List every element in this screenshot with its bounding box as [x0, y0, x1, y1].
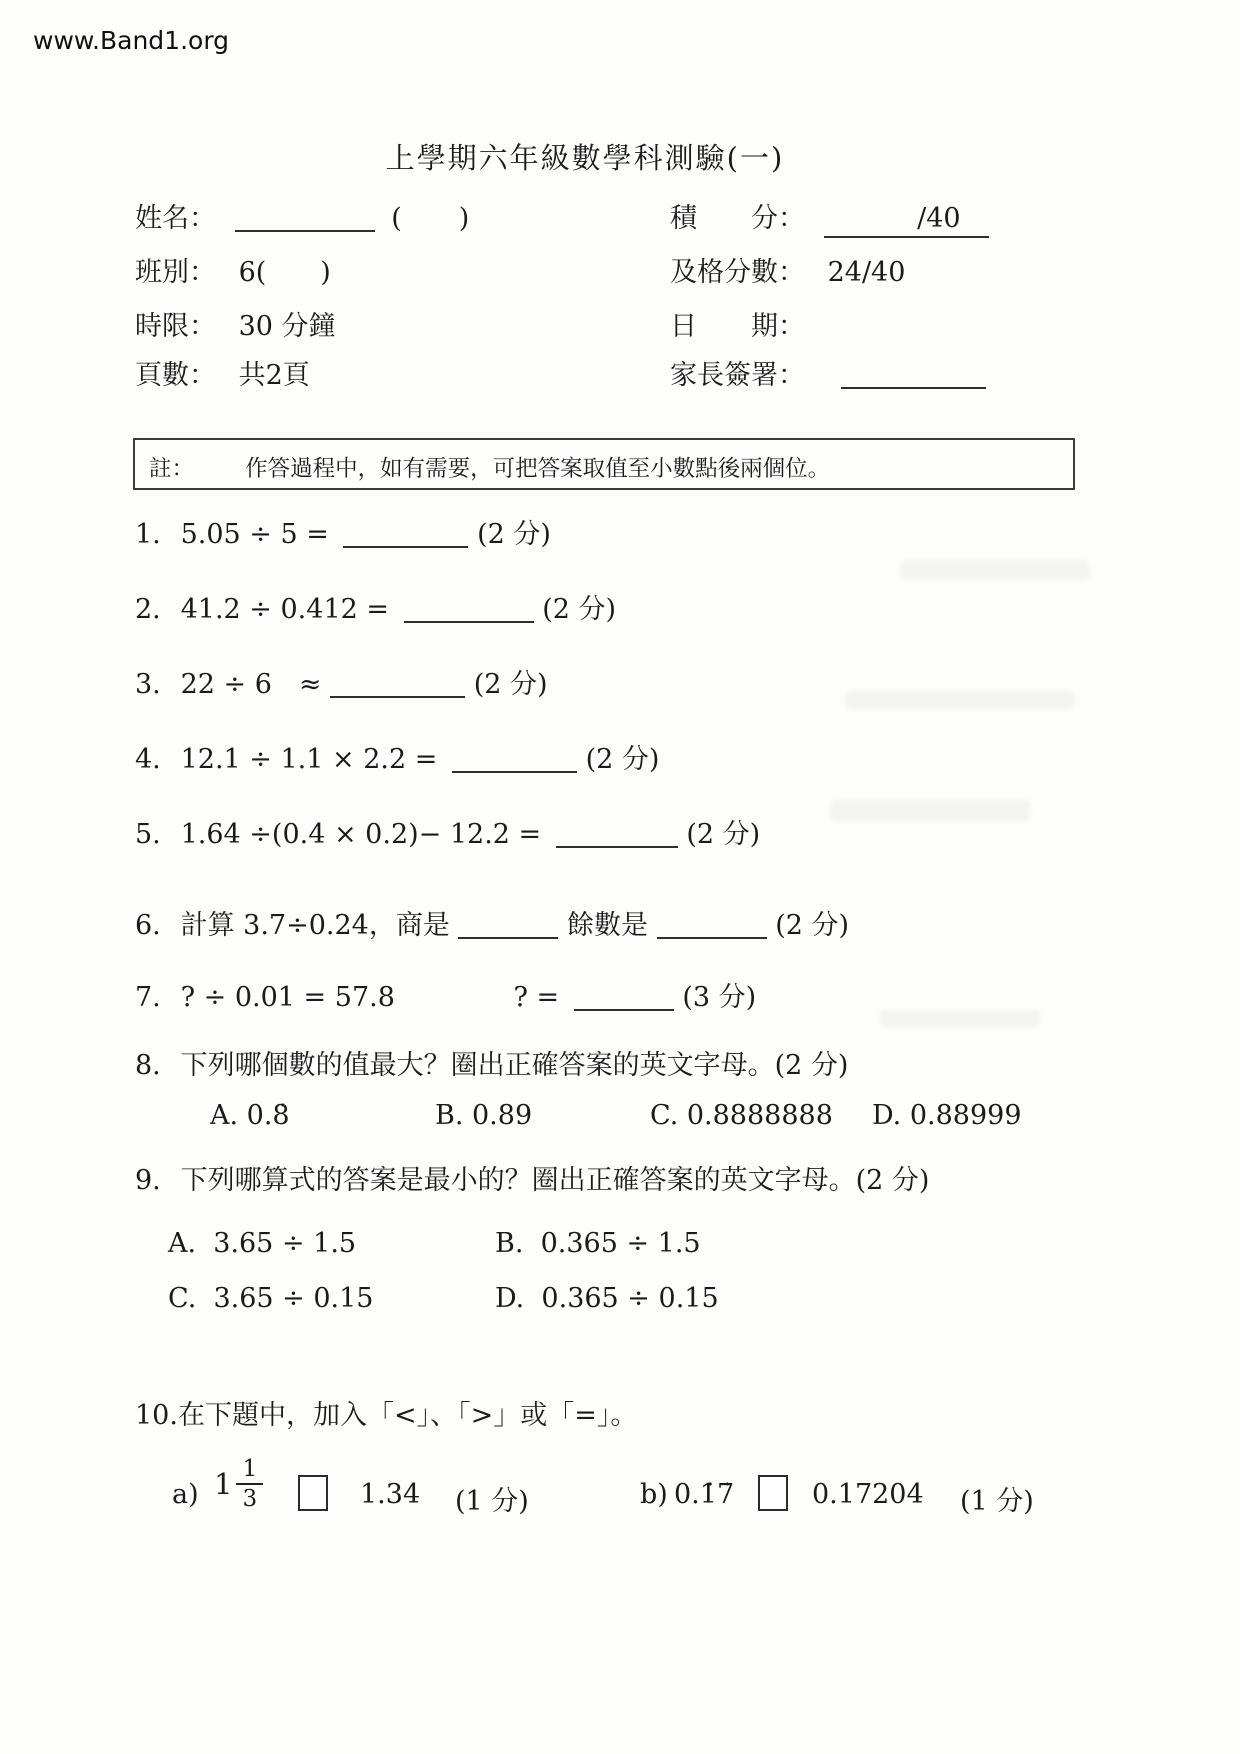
parent-signature-blank — [841, 361, 986, 389]
question-2-answer-blank — [404, 595, 534, 623]
time-limit-row: 時限： 30 分鐘 — [135, 304, 336, 343]
class-value: 6( ) — [239, 257, 331, 288]
question-4-answer-blank — [452, 745, 577, 773]
scan-smudge — [900, 560, 1090, 580]
time-limit-value: 30 分鐘 — [239, 311, 336, 342]
question-10b-label: b) — [640, 1479, 668, 1510]
question-2-marks: (2 分) — [542, 594, 616, 625]
question-9-option-c: C. 3.65 ÷ 0.15 — [168, 1283, 373, 1314]
question-10a-value: 1.34 — [360, 1479, 420, 1510]
name-row: 姓名： ( ) — [135, 196, 470, 235]
score-label: 積 分： — [670, 203, 805, 234]
question-10a-label: a) — [172, 1479, 199, 1510]
name-paren: ( ) — [391, 203, 470, 234]
score-blank: /40 — [824, 203, 989, 238]
question-3: 3. 22 ÷ 6 ≈ (2 分) — [135, 662, 548, 701]
class-label: 班別： — [135, 257, 216, 288]
question-1-answer-blank — [343, 520, 468, 548]
question-9-option-d: D. 0.365 ÷ 0.15 — [495, 1283, 719, 1314]
question-8-option-c: C. 0.8888888 — [650, 1100, 833, 1131]
pass-mark-label: 及格分數： — [670, 257, 805, 288]
scan-smudge — [830, 800, 1030, 822]
note-label: 註： — [149, 456, 194, 482]
question-3-marks: (2 分) — [474, 669, 548, 700]
question-10a-answer-box — [298, 1475, 328, 1511]
question-10b-value: 0.1̇7̇ — [674, 1479, 734, 1510]
pages-value: 共2頁 — [239, 360, 310, 391]
question-5-number: 5. — [135, 819, 172, 850]
date-label: 日 期： — [670, 311, 805, 342]
fraction-stack: 1 3 — [236, 1457, 263, 1511]
question-9-number: 9. — [135, 1165, 172, 1196]
question-10a-marks: (1 分) — [455, 1479, 529, 1518]
question-1-number: 1. — [135, 519, 172, 550]
question-4-number: 4. — [135, 744, 172, 775]
question-6: 6. 計算 3.7÷0.24，商是 餘數是 (2 分) — [135, 903, 849, 942]
question-9-text: 下列哪算式的答案是最小的？圈出正確答案的英文字母。(2 分) — [181, 1165, 930, 1196]
question-8-option-d: D. 0.88999 — [872, 1100, 1022, 1131]
question-8: 8. 下列哪個數的值最大？圈出正確答案的英文字母。(2 分) — [135, 1043, 848, 1082]
parent-signature-row: 家長簽署： — [670, 353, 986, 392]
question-10a-fraction: 1 1 3 — [214, 1457, 263, 1511]
name-blank — [235, 204, 375, 232]
score-denominator: /40 — [917, 203, 960, 234]
fraction-whole-number: 1 — [214, 1467, 232, 1501]
question-9: 9. 下列哪算式的答案是最小的？圈出正確答案的英文字母。(2 分) — [135, 1158, 929, 1197]
question-7-answer-blank — [574, 983, 674, 1011]
question-3-expression: 22 ÷ 6 ≈ — [181, 669, 322, 700]
pages-label: 頁數： — [135, 360, 216, 391]
question-10-parts-row: a) 1 1 3 1.34 (1 分) b) 0.1̇7̇ 0.17204 (1… — [0, 1455, 1240, 1555]
question-2: 2. 41.2 ÷ 0.412 = (2 分) — [135, 587, 616, 626]
scan-smudge — [880, 1010, 1040, 1028]
pages-row: 頁數： 共2頁 — [135, 353, 310, 392]
question-3-answer-blank — [330, 670, 465, 698]
question-10b-value-2: 0.17204 — [812, 1479, 924, 1510]
question-6-text-remainder: 餘數是 — [567, 910, 648, 941]
question-2-number: 2. — [135, 594, 172, 625]
question-8-options: A. 0.8̇ B. 0.89 C. 0.8888888 D. 0.88999 — [0, 1100, 1240, 1140]
instruction-note-box: 註： 作答過程中，如有需要，可把答案取值至小數點後兩個位。 — [133, 438, 1075, 490]
question-10: 10.在下題中，加入「<」、「>」或「=」。 — [135, 1393, 637, 1432]
time-limit-label: 時限： — [135, 311, 216, 342]
question-9-options-row-1: A. 3.65 ÷ 1.5 B. 0.365 ÷ 1.5 — [0, 1228, 1240, 1268]
question-6-remainder-blank — [657, 911, 767, 939]
question-10-number: 10. — [135, 1400, 178, 1431]
exam-paper-page: { "page": { "watermark": "www.Band1.org"… — [0, 0, 1240, 1754]
question-6-marks: (2 分) — [775, 910, 849, 941]
question-3-number: 3. — [135, 669, 172, 700]
note-text: 作答過程中，如有需要，可把答案取值至小數點後兩個位。 — [245, 456, 830, 482]
question-2-expression: 41.2 ÷ 0.412 = — [181, 594, 389, 625]
question-7-expression: ? ÷ 0.01 = 57.8 — [181, 982, 395, 1013]
question-10-text: 在下題中，加入「<」、「>」或「=」。 — [178, 1400, 637, 1431]
question-10b-marks: (1 分) — [960, 1479, 1034, 1518]
question-7: 7. ? ÷ 0.01 = 57.8 ? = (3 分) — [135, 975, 756, 1014]
question-5-expression: 1.64 ÷(0.4 × 0.2)− 12.2 = — [181, 819, 542, 850]
question-5-answer-blank — [556, 820, 678, 848]
pass-mark-value: 24/40 — [828, 257, 906, 288]
question-1: 1. 5.05 ÷ 5 = (2 分) — [135, 512, 551, 551]
question-4-expression: 12.1 ÷ 1.1 × 2.2 = — [181, 744, 438, 775]
question-8-text: 下列哪個數的值最大？圈出正確答案的英文字母。(2 分) — [181, 1050, 849, 1081]
question-10b-answer-box — [758, 1475, 788, 1511]
question-6-number: 6. — [135, 910, 172, 941]
question-7-marks: (3 分) — [682, 982, 756, 1013]
name-label: 姓名： — [135, 203, 216, 234]
question-7-prompt: ? = — [513, 982, 559, 1013]
question-5-marks: (2 分) — [686, 819, 760, 850]
question-8-option-b: B. 0.89 — [435, 1100, 532, 1131]
question-6-text-quotient: 計算 3.7÷0.24，商是 — [181, 910, 450, 941]
class-row: 班別： 6( ) — [135, 250, 331, 289]
date-row: 日 期： — [670, 304, 805, 343]
page-title: 上學期六年級數學科測驗(一) — [0, 136, 1170, 177]
question-8-number: 8. — [135, 1050, 172, 1081]
question-9-option-b: B. 0.365 ÷ 1.5 — [495, 1228, 701, 1259]
scan-smudge — [845, 690, 1075, 710]
question-9-options-row-2: C. 3.65 ÷ 0.15 D. 0.365 ÷ 0.15 — [0, 1283, 1240, 1323]
question-4: 4. 12.1 ÷ 1.1 × 2.2 = (2 分) — [135, 737, 659, 776]
fraction-numerator: 1 — [236, 1457, 263, 1485]
question-6-quotient-blank — [458, 911, 558, 939]
site-watermark: www.Band1.org — [33, 26, 229, 55]
parent-signature-label: 家長簽署： — [670, 360, 805, 391]
question-1-expression: 5.05 ÷ 5 = — [181, 519, 329, 550]
question-5: 5. 1.64 ÷(0.4 × 0.2)− 12.2 = (2 分) — [135, 812, 760, 851]
question-7-number: 7. — [135, 982, 172, 1013]
question-8-option-a: A. 0.8̇ — [210, 1100, 290, 1131]
question-4-marks: (2 分) — [586, 744, 660, 775]
score-row: 積 分： /40 — [670, 196, 989, 238]
question-1-marks: (2 分) — [477, 519, 551, 550]
pass-mark-row: 及格分數： 24/40 — [670, 250, 905, 289]
fraction-denominator: 3 — [242, 1485, 257, 1511]
question-9-option-a: A. 3.65 ÷ 1.5 — [168, 1228, 356, 1259]
